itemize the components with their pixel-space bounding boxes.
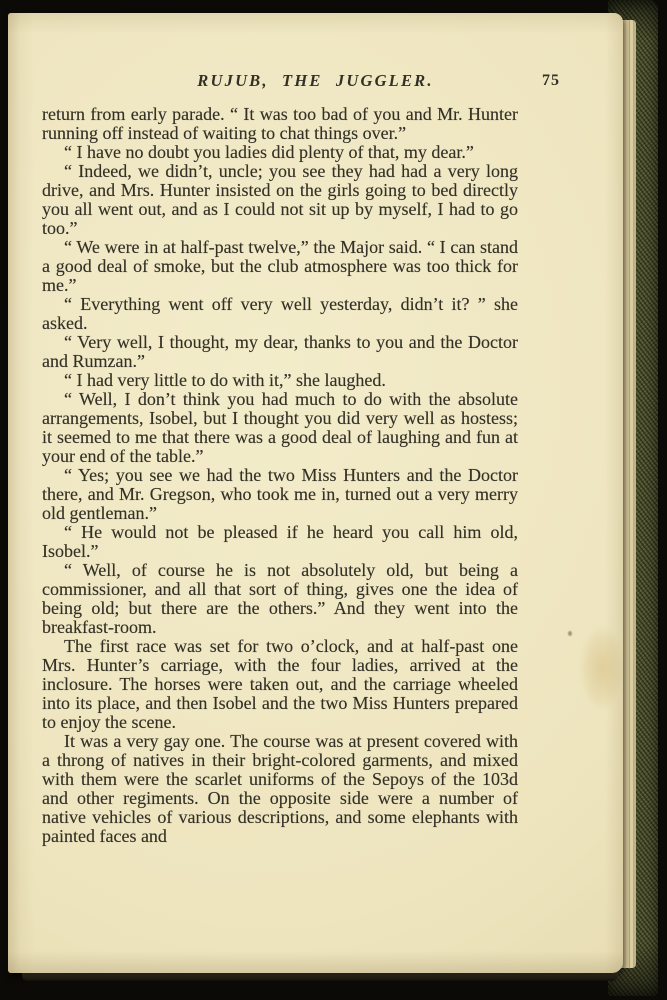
book-page: RUJUB, THE JUGGLER. 75 return from early… xyxy=(8,13,623,973)
paragraph: “ Indeed, we didn’t, uncle; you see they… xyxy=(42,162,518,238)
running-head-title: RUJUB, THE JUGGLER. xyxy=(197,71,433,90)
paragraph: “ Yes; you see we had the two Miss Hunte… xyxy=(42,466,518,523)
paragraph: “ Everything went off very well yesterda… xyxy=(42,295,518,333)
paragraph: “ We were in at half-past twelve,” the M… xyxy=(42,238,518,295)
book-scan: RUJUB, THE JUGGLER. 75 return from early… xyxy=(0,0,667,1000)
paragraph: “ I have no doubt you ladies did plenty … xyxy=(42,143,518,162)
paragraph: “ He would not be pleased if he heard yo… xyxy=(42,523,518,561)
paragraph: “ Very well, I thought, my dear, thanks … xyxy=(42,333,518,371)
ink-speck xyxy=(568,631,572,636)
paragraph: “ Well, I don’t think you had much to do… xyxy=(42,390,518,466)
paragraph: “ Well, of course he is not absolutely o… xyxy=(42,561,518,637)
paragraph: “ I had very little to do with it,” she … xyxy=(42,371,518,390)
stain-mark xyxy=(574,613,630,723)
paragraph: return from early parade. “ It was too b… xyxy=(42,105,518,143)
running-head: RUJUB, THE JUGGLER. 75 xyxy=(8,71,623,91)
paragraph: It was a very gay one. The course was at… xyxy=(42,732,518,846)
paragraph: The first race was set for two o’clock, … xyxy=(42,637,518,732)
page-number: 75 xyxy=(542,72,560,90)
page-text: return from early parade. “ It was too b… xyxy=(42,105,518,846)
